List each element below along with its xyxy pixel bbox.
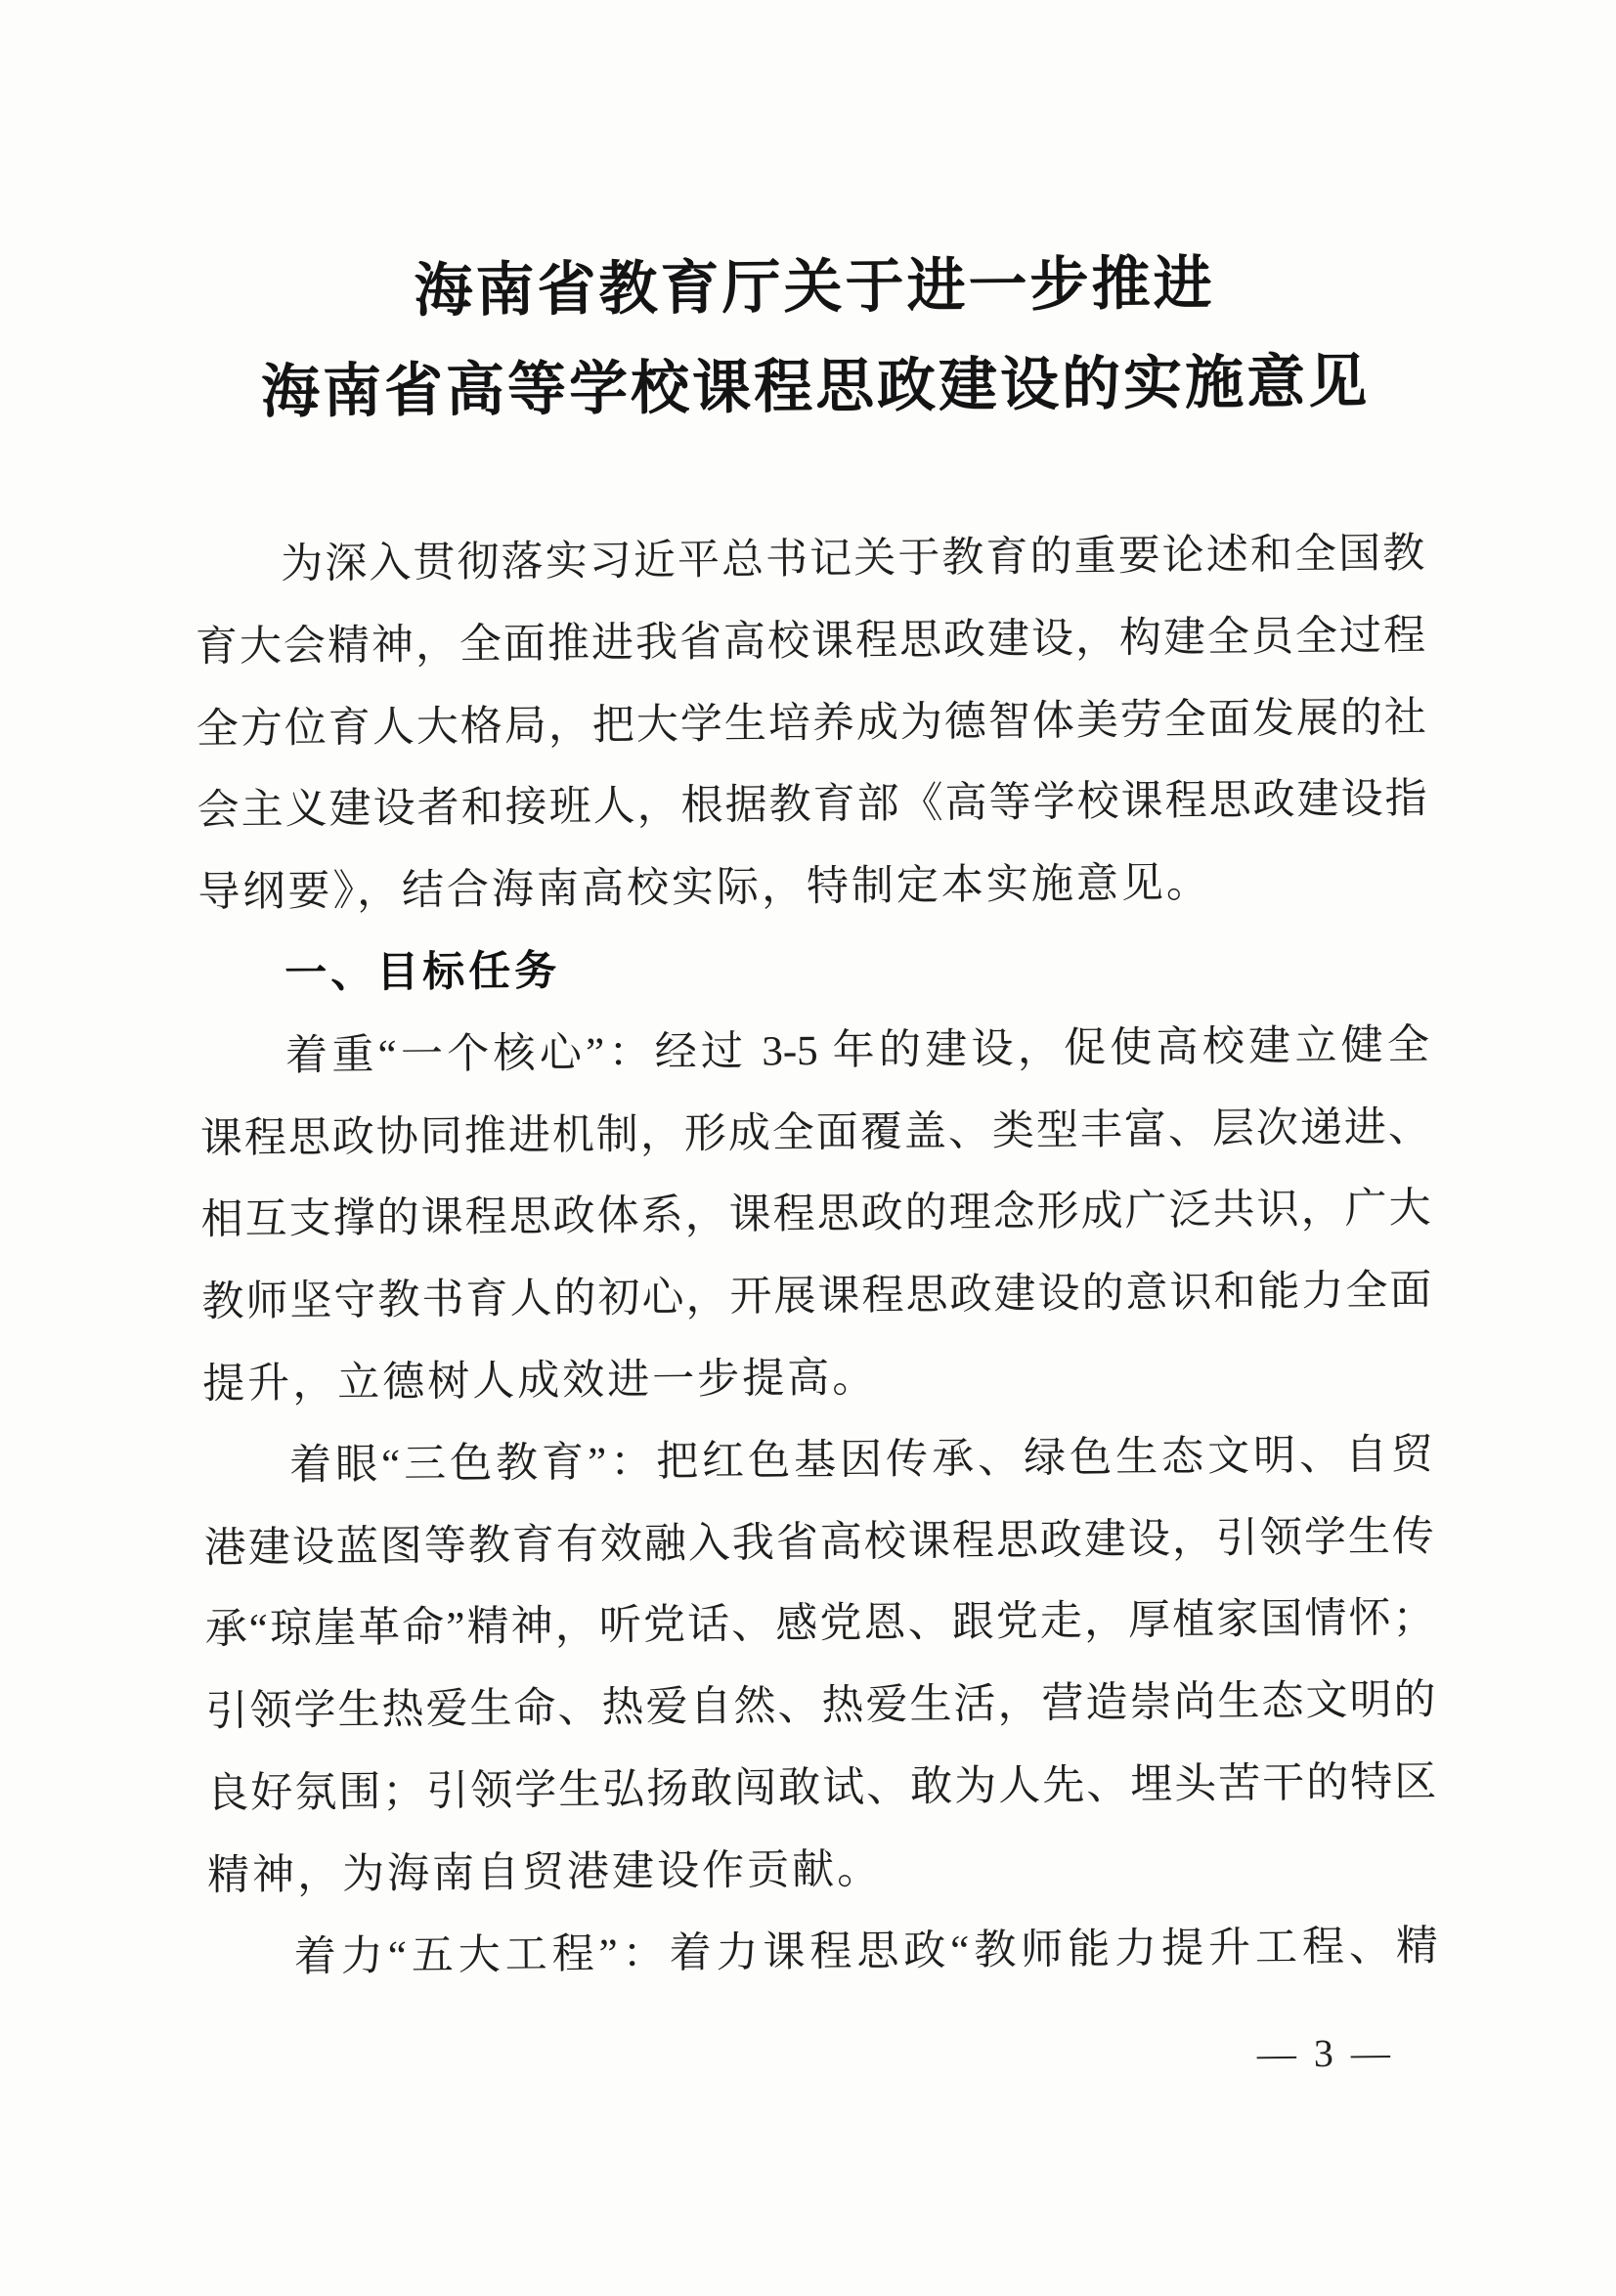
section-heading: 一、目标任务	[198, 923, 1429, 1017]
text-line: 会主义建设者和接班人，根据教育部《高等学校课程思政建设指	[197, 758, 1427, 852]
text-line: 着力“五大工程”：着力课程思政“教师能力提升工程、精	[208, 1905, 1439, 1999]
text-line: 精神，为海南自贸港建设作贡献。	[207, 1824, 1438, 1918]
page-number: — 3 —	[1243, 2029, 1409, 2077]
text-line: 全方位育人大格局，把大学生培养成为德智体美劳全面发展的社	[196, 677, 1426, 771]
text-line: 承“琼崖革命”精神，听党话、感党恩、跟党走，厚植家国情怀；	[204, 1578, 1435, 1671]
document-title-line-2: 海南省高等学校课程思政建设的实施意见	[22, 329, 1609, 445]
text-line: 为深入贯彻落实习近平总书记关于教育的重要论述和全国教	[195, 513, 1425, 607]
text-line: 提升，立德树人成效进一步提高。	[202, 1332, 1433, 1426]
text-line: 课程思政协同推进机制，形成全面覆盖、类型丰富、层次递进、	[199, 1086, 1430, 1180]
text-line: 导纲要》，结合海南高校实际，特制定本实施意见。	[197, 841, 1428, 934]
text-line: 着眼“三色教育”：把红色基因传承、绿色生态文明、自贸	[203, 1414, 1434, 1508]
page-content: 海南省教育厅关于进一步推进 海南省高等学校课程思政建设的实施意见 为深入贯彻落实…	[0, 0, 1616, 2296]
text-line: 良好氛围；引领学生弘扬敢闯敢试、敢为人先、埋头苦干的特区	[206, 1742, 1437, 1836]
text-line: 相互支撑的课程思政体系，课程思政的理念形成广泛共识，广大	[200, 1168, 1431, 1262]
scanned-document-page: 海南省教育厅关于进一步推进 海南省高等学校课程思政建设的实施意见 为深入贯彻落实…	[0, 0, 1616, 2296]
text-line: 着重“一个核心”：经过 3-5 年的建设，促使高校建立健全	[199, 1005, 1430, 1099]
text-line: 港建设蓝图等教育有效融入我省高校课程思政建设，引领学生传	[204, 1495, 1435, 1589]
document-title: 海南省教育厅关于进一步推进 海南省高等学校课程思政建设的实施意见	[21, 230, 1609, 445]
text-line: 引领学生热爱生命、热爱自然、热爱生活，营造崇尚生态文明的	[205, 1660, 1436, 1754]
document-body: 为深入贯彻落实习近平总书记关于教育的重要论述和全国教育大会精神，全面推进我省高校…	[195, 513, 1438, 1999]
text-line: 育大会精神，全面推进我省高校课程思政建设，构建全员全过程	[196, 595, 1426, 689]
document-title-line-1: 海南省教育厅关于进一步推进	[21, 230, 1608, 345]
text-line: 教师坚守教书育人的初心，开展课程思政建设的意识和能力全面	[201, 1250, 1432, 1344]
